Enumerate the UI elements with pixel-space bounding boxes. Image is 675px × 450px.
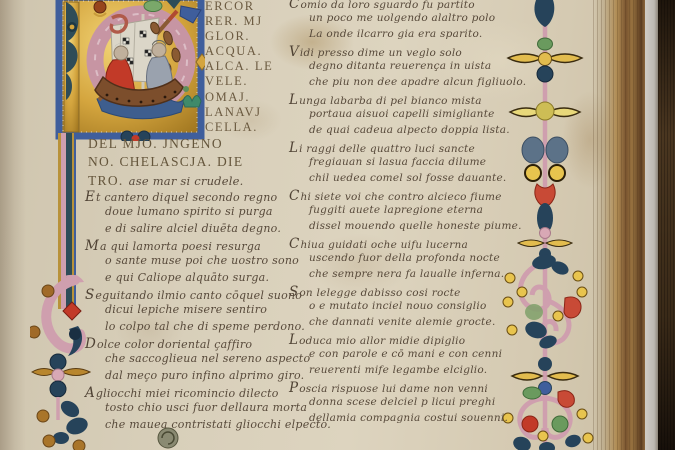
- verse-line: Comio da loro sguardo fu partito: [292, 0, 582, 12]
- verse-line: Lunga labarba di pel bianco mista: [292, 92, 582, 108]
- verse-line: che dannati venite alemie grocte.: [292, 316, 582, 332]
- pink-bead: [52, 369, 64, 381]
- verse-line: Son lelegge dabisso cosi rocte: [292, 284, 582, 300]
- verse-initial: E: [85, 189, 95, 205]
- verse-initial: C: [289, 236, 299, 252]
- green-bud: [144, 1, 162, 12]
- fore-edge-light-strip: [645, 0, 658, 450]
- mixed-caps-script-line: TRO. ase mar si crudele.: [88, 170, 244, 189]
- verse-initial: L: [289, 140, 298, 156]
- verse-line: che piu non dee apadre alcun figliuolo.: [292, 76, 582, 92]
- display-cap-line: GLOR.: [205, 29, 273, 44]
- verse-line: reuerenti mife legambe elciglio.: [292, 364, 582, 380]
- fore-edge-pages: [593, 0, 645, 450]
- gold-leaf-right: [62, 369, 90, 376]
- navy-swirl-eye: [69, 328, 81, 340]
- verse-initial: A: [85, 385, 95, 401]
- manuscript-page-photo: ERCORRER. MJGLOR.ACQUA.ALCA. LEVELE.OMAJ…: [0, 0, 675, 450]
- verse-line: Loduca mio allor midie dipiglio: [292, 332, 582, 348]
- book-cover-edge: [658, 0, 675, 450]
- verse-initial: D: [85, 336, 96, 352]
- display-capitals-block: ERCORRER. MJGLOR.ACQUA.ALCA. LEVELE.OMAJ…: [205, 0, 273, 135]
- verse-initial: L: [289, 92, 298, 108]
- pink-curl: [111, 16, 126, 32]
- navy-leaf: [53, 432, 69, 444]
- foliage-eye-gold: [70, 25, 75, 30]
- verse-line: de quai cadeua alpecto doppia lista.: [292, 124, 582, 140]
- bronze-ball: [94, 1, 106, 13]
- verse-initial: P: [289, 380, 298, 396]
- verse-initial: C: [289, 0, 299, 12]
- navy-bead: [50, 354, 66, 370]
- caps-fragment: TRO.: [88, 173, 124, 188]
- verse-line: o e mutato inciel nouo consiglio: [292, 300, 582, 316]
- verse-line: fuggiti auete lapregione eterna: [292, 204, 582, 220]
- navy-leaf: [58, 398, 82, 421]
- verse-line: donna scese delciel p licui preghi: [292, 396, 582, 412]
- verse-line: uscendo fuor della profonda nocte: [292, 252, 582, 268]
- verse-line: e con parole e cō mani e con cenni: [292, 348, 582, 364]
- verse-line: che sempre nera fa laualle inferna.: [292, 268, 582, 284]
- script-fragment: ase mar si crudele.: [129, 174, 244, 188]
- gold-bezant: [30, 326, 40, 338]
- verse-line: portaua aisuoi capelli simigliante: [292, 108, 582, 124]
- display-cap-line: ALCA. LE: [205, 59, 273, 74]
- display-cap-line: CELLA.: [205, 120, 273, 135]
- initial-top-ornaments: [90, 0, 205, 40]
- gutter-shadow: [0, 0, 26, 450]
- display-cap-line: LANAVJ: [205, 105, 273, 120]
- verse-line: Chi siete voi che contro alcieco fiume: [292, 188, 582, 204]
- display-cap-line: ACQUA.: [205, 44, 273, 59]
- display-capitals-wide: DEL MJO. JNGENONO. CHELASCJA. DIE: [88, 136, 243, 171]
- display-cap-line: VELE.: [205, 74, 273, 89]
- display-cap-line: NO. CHELASCJA. DIE: [88, 154, 243, 172]
- gold-bezant: [37, 410, 49, 422]
- red-diamond-bud: [63, 302, 81, 320]
- verse-line: Chiua guidati oche uifu lucerna: [292, 236, 582, 252]
- verse-initial: S: [85, 287, 94, 303]
- display-cap-line: DEL MJO. JNGENO: [88, 136, 243, 154]
- verse-line: Vidi presso dime un veglo solo: [292, 44, 582, 60]
- navy-bead: [50, 381, 66, 397]
- verse-column-right: Comio da loro sguardo fu partitoun poco …: [292, 0, 582, 428]
- verse-line: La onde ilcarro gia era sparito.: [292, 28, 582, 44]
- gold-bezant: [42, 285, 54, 297]
- display-cap-line: RER. MJ: [205, 14, 273, 29]
- verse-initial: V: [289, 44, 299, 60]
- verse-initial: S: [289, 284, 298, 300]
- display-cap-line: OMAJ.: [205, 90, 273, 105]
- verse-initial: L: [289, 332, 298, 348]
- verse-line: degno ditanta reuerença in uista: [292, 60, 582, 76]
- verse-line: dissel mouendo quelle honeste piume.: [292, 220, 582, 236]
- green-dot: [183, 86, 189, 92]
- gold-bezant: [73, 440, 85, 450]
- verse-line: fregiauan si lasua faccia dilume: [292, 156, 582, 172]
- verse-line: un poco me uolgendo alaltro polo: [292, 12, 582, 28]
- verse-line: Poscia rispuose lui dame non venni: [292, 380, 582, 396]
- verse-line: dellamia compagnia costui souenni.: [292, 412, 582, 428]
- navy-leaf: [64, 415, 90, 438]
- verse-line: chil uedea comel sol fosse dauante.: [292, 172, 582, 188]
- verse-line: Li raggi delle quattro luci sancte: [292, 140, 582, 156]
- verse-initial: C: [289, 188, 299, 204]
- gold-bezant: [43, 435, 55, 447]
- teal-tuft: [166, 0, 181, 9]
- verse-initial: M: [85, 238, 99, 254]
- display-cap-line: ERCOR: [205, 0, 273, 14]
